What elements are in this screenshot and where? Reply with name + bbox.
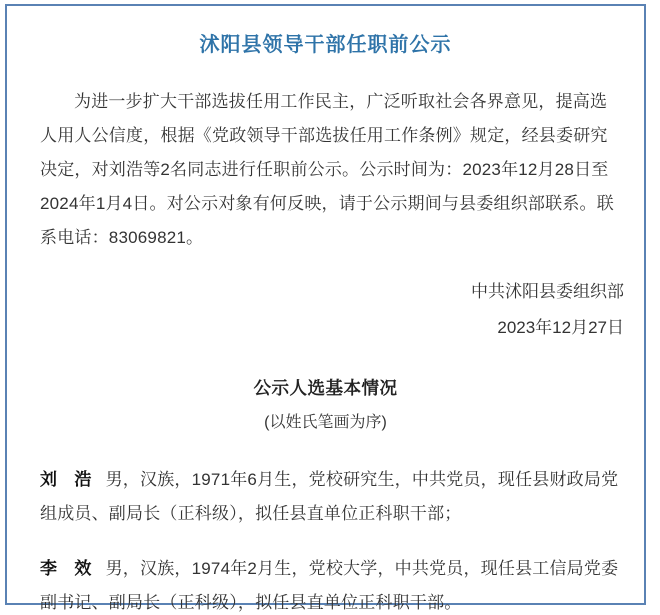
section-heading: 公示人选基本情况: [7, 375, 644, 400]
notice-title: 沭阳县领导干部任职前公示: [7, 28, 644, 57]
candidate-name: 李 效: [40, 559, 92, 578]
notice-frame: 沭阳县领导干部任职前公示 为进一步扩大干部选拔任用工作民主，广泛听取社会各界意见…: [5, 4, 646, 605]
intro-paragraph: 为进一步扩大干部选拔任用工作民主，广泛听取社会各界意见，提高选人用人公信度，根据…: [40, 85, 624, 255]
candidate-entry: 李 效男，汉族，1974年2月生，党校大学，中共党员，现任县工信局党委副书记、副…: [40, 552, 624, 615]
issuer-name: 中共沭阳县委组织部: [7, 274, 624, 310]
candidate-bio: 男，汉族，1974年2月生，党校大学，中共党员，现任县工信局党委副书记、副局长（…: [40, 559, 618, 612]
section-note: (以姓氏笔画为序): [7, 409, 644, 432]
candidate-bio: 男，汉族，1971年6月生，党校研究生，中共党员，现任县财政局党组成员、副局长（…: [40, 470, 618, 523]
issue-date: 2023年12月27日: [7, 310, 624, 346]
candidate-name: 刘 浩: [40, 470, 92, 489]
signature-block: 中共沭阳县委组织部 2023年12月27日: [7, 274, 624, 346]
candidate-entry: 刘 浩男，汉族，1971年6月生，党校研究生，中共党员，现任县财政局党组成员、副…: [40, 463, 624, 531]
